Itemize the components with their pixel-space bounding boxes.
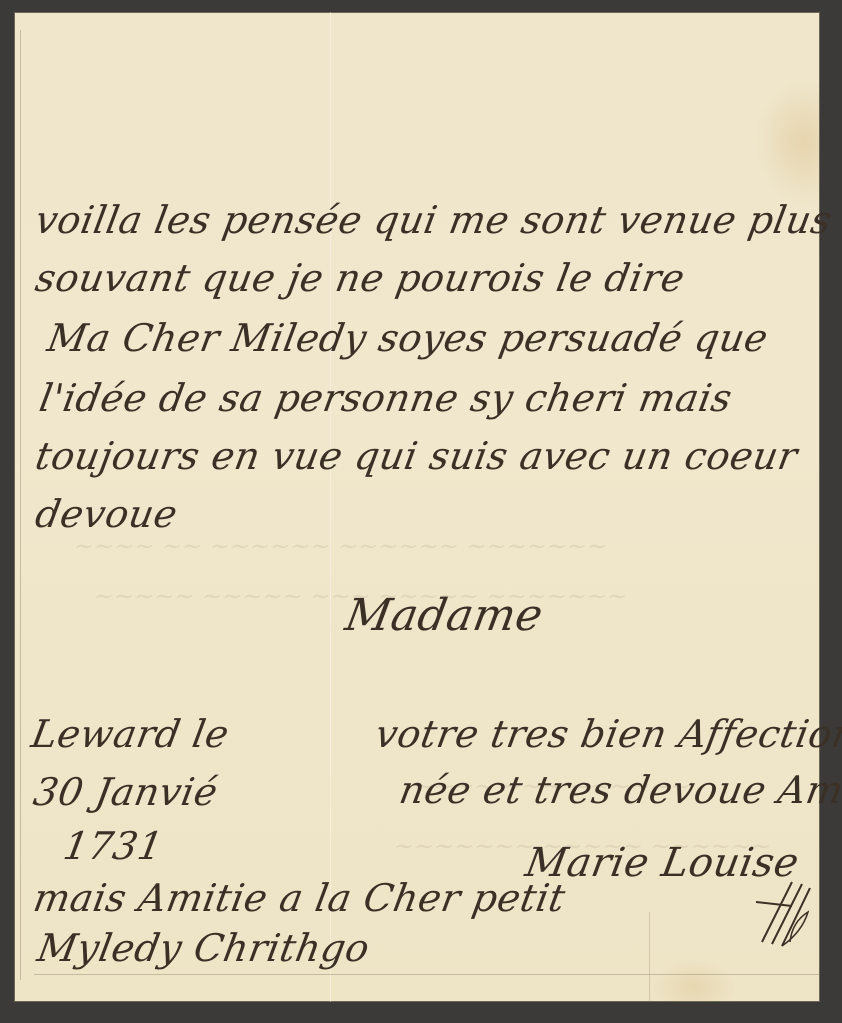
place-line: Leward le [28,712,232,756]
bleed-through: ~~~~ ~~ ~~~~~~ ~~~~~~ ~~~~~~~ [72,532,609,560]
letter-body-line: toujours en vue qui suis avec un coeur [32,434,801,478]
closing-line: née et tres devoue Amie [396,768,842,812]
postscript-line: Myledy Chrithgo [34,926,373,970]
year-line: 1731 [60,824,166,868]
salutation: Madame [342,590,547,641]
letter-page: ~~~~ ~~ ~~~~~~ ~~~~~~ ~~~~~~~ ~~~~~ ~~~~… [14,12,820,1002]
letter-body-line: Ma Cher Miledy soyes persuadé que [44,316,771,360]
page-edge [20,30,21,980]
letter-body-line: souvant que je ne pourois le dire [32,256,688,300]
letter-body-line: l'idée de sa personne sy cheri mais [36,376,735,420]
postscript-line: mais Amitie a la Cher petit [30,876,569,920]
page-edge [34,974,820,975]
letter-body-line: devoue [32,492,181,536]
closing-line: votre tres bien Affection [372,712,842,756]
date-line: 30 Janvié [30,770,221,814]
fold-crease [649,912,650,1002]
letter-body-line: voilla les pensée qui me sont venue plus [32,198,835,242]
fold-crease [330,12,331,1002]
signature-flourish-icon [752,872,822,952]
